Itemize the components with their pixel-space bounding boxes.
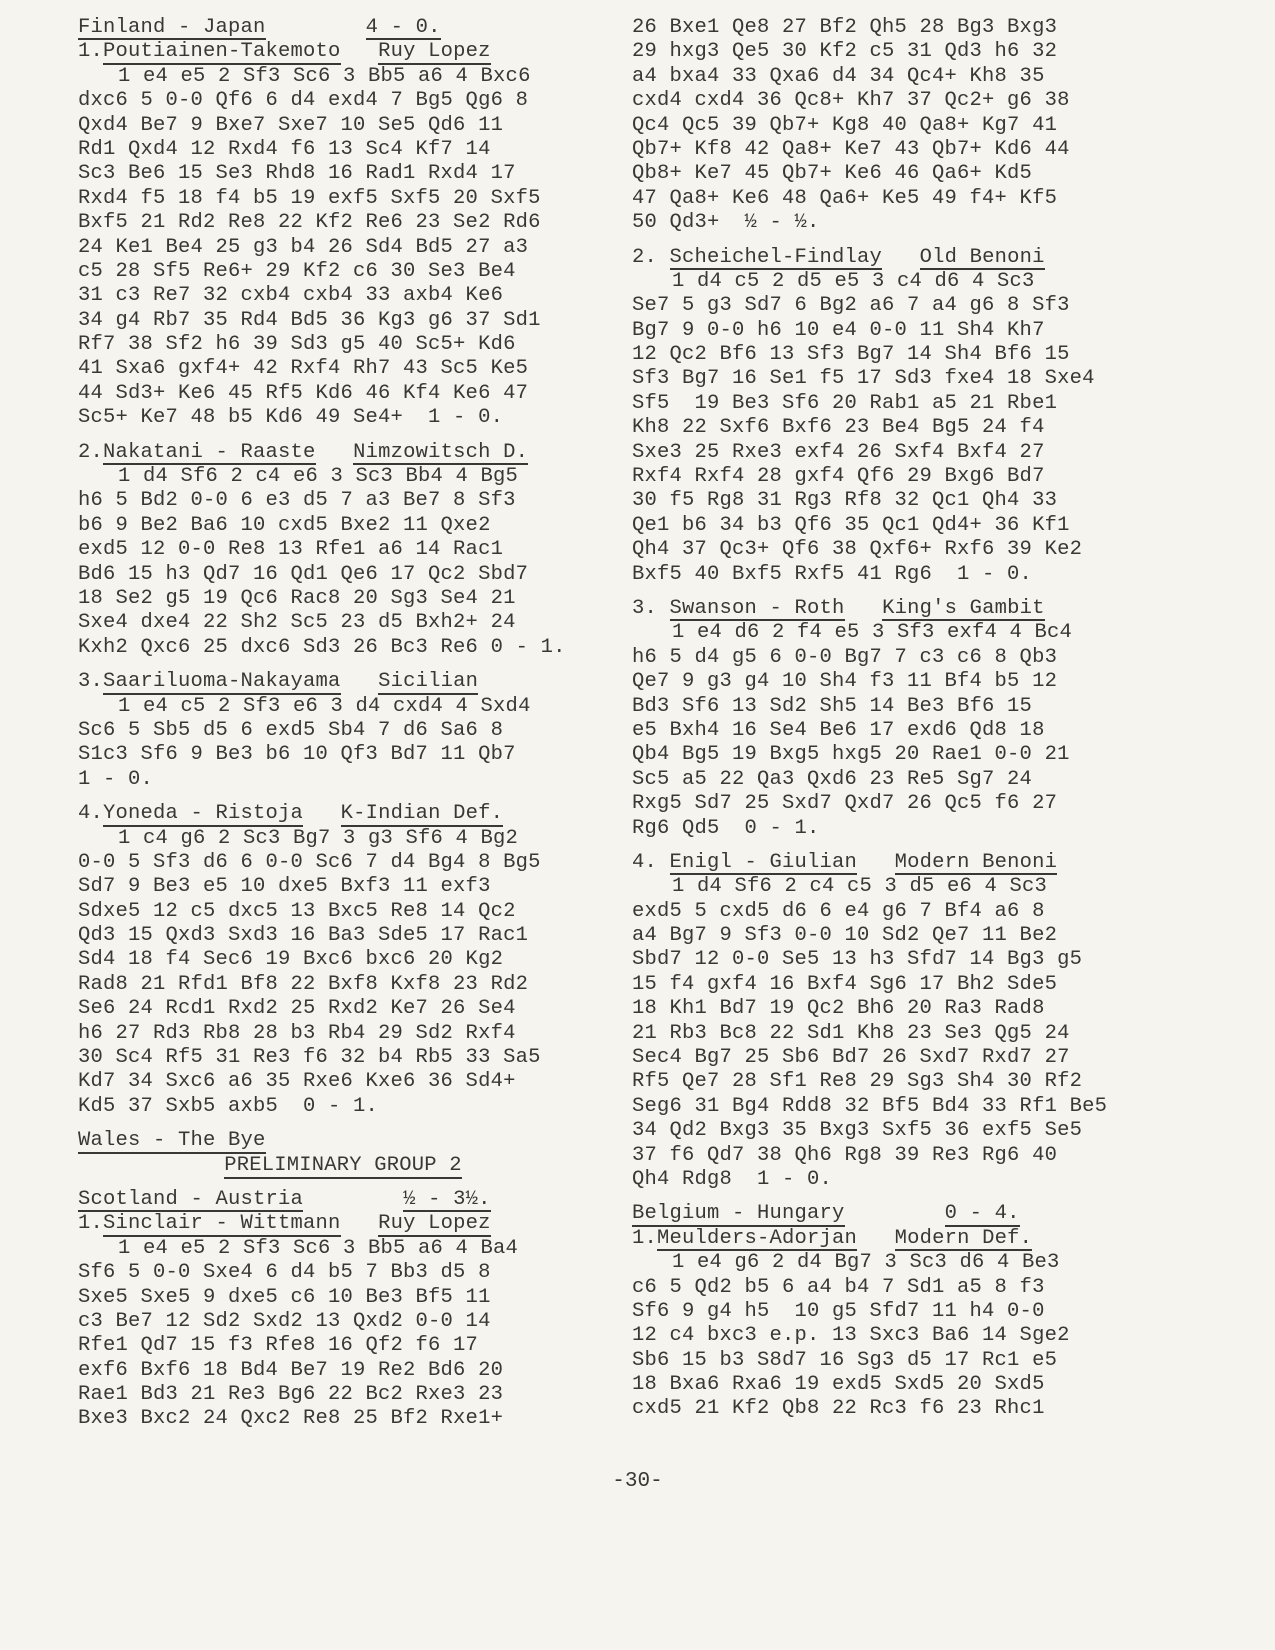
move-line: Bxf5 21 Rd2 Re8 22 Kf2 Re6 23 Se2 Rd6 (78, 211, 608, 235)
game-players: Saariluoma-Nakayama (103, 670, 341, 694)
move-line: 1 d4 Sf6 2 c4 e6 3 Sc3 Bb4 4 Bg5 (78, 465, 608, 489)
move-line: 1 d4 c5 2 d5 e5 3 c4 d6 4 Sc3 (632, 270, 1162, 294)
move-line: Qb7+ Kf8 42 Qa8+ Ke7 43 Qb7+ Kd6 44 (632, 138, 1162, 162)
page-number: -30- (0, 1470, 1275, 1493)
move-line: Rxd4 f5 18 f4 b5 19 exf5 Sxf5 20 Sxf5 (78, 187, 608, 211)
move-line: 1 c4 g6 2 Sc3 Bg7 3 g3 Sf6 4 Bg2 (78, 827, 608, 851)
move-line: c3 Be7 12 Sd2 Sxd2 13 Qxd2 0-0 14 (78, 1310, 608, 1334)
spacer (78, 660, 608, 670)
move-line: Seg6 31 Bg4 Rdd8 32 Bf5 Bd4 33 Rf1 Be5 (632, 1095, 1162, 1119)
game-number: 4. (78, 802, 103, 826)
move-line: S1c3 Sf6 9 Be3 b6 10 Qf3 Bd7 11 Qb7 (78, 743, 608, 767)
spacer (857, 851, 895, 875)
match-title: Belgium - Hungary (632, 1202, 845, 1226)
game-opening: K-Indian Def. (341, 802, 504, 826)
move-line: 1 e4 e5 2 Sf3 Sc6 3 Bb5 a6 4 Ba4 (78, 1237, 608, 1261)
move-line: Bxe3 Bxc2 24 Qxc2 Re8 25 Bf2 Rxe1+ (78, 1407, 608, 1431)
section-heading: PRELIMINARY GROUP 2 (78, 1154, 608, 1178)
move-line: Sf3 Bg7 16 Se1 f5 17 Sd3 fxe4 18 Sxe4 (632, 367, 1162, 391)
move-line: Rxf4 Rxf4 28 gxf4 Qf6 29 Bxg6 Bd7 (632, 465, 1162, 489)
move-line: Sc5 a5 22 Qa3 Qxd6 23 Re5 Sg7 24 (632, 768, 1162, 792)
game-opening: Sicilian (378, 670, 478, 694)
match-heading: Belgium - Hungary 0 - 4. (632, 1202, 1162, 1226)
move-line: Bd3 Sf6 13 Sd2 Sh5 14 Be3 Bf6 15 (632, 695, 1162, 719)
move-line: Sxe5 Sxe5 9 dxe5 c6 10 Be3 Bf5 11 (78, 1286, 608, 1310)
move-line: Sc5+ Ke7 48 b5 Kd6 49 Se4+ 1 - 0. (78, 406, 608, 430)
game-players: Sinclair - Wittmann (103, 1212, 341, 1236)
spacer (845, 1202, 945, 1226)
spacer (632, 1192, 1162, 1202)
game-heading: 4.Yoneda - Ristoja K-Indian Def. (78, 802, 608, 826)
spacer (78, 431, 608, 441)
move-line: Rf7 38 Sf2 h6 39 Sd3 g5 40 Sc5+ Kd6 (78, 333, 608, 357)
spacer (845, 597, 883, 621)
game-players: Swanson - Roth (670, 597, 845, 621)
game-opening: Modern Benoni (895, 851, 1058, 875)
spacer (341, 1212, 379, 1236)
game-players: Scheichel-Findlay (670, 246, 883, 270)
move-line: Rfe1 Qd7 15 f3 Rfe8 16 Qf2 f6 17 (78, 1334, 608, 1358)
move-line: 26 Bxe1 Qe8 27 Bf2 Qh5 28 Bg3 Bxg3 (632, 16, 1162, 40)
move-line: Qe1 b6 34 b3 Qf6 35 Qc1 Qd4+ 36 Kf1 (632, 514, 1162, 538)
move-line: Qh4 Rdg8 1 - 0. (632, 1168, 1162, 1192)
left-column: Finland - Japan 4 - 0.1.Poutiainen-Takem… (78, 16, 608, 1432)
move-line: Sc6 5 Sb5 d5 6 exd5 Sb4 7 d6 Sa6 8 (78, 719, 608, 743)
move-line: 12 Qc2 Bf6 13 Sf3 Bg7 14 Sh4 Bf6 15 (632, 343, 1162, 367)
move-line: exd5 5 cxd5 d6 6 e4 g6 7 Bf4 a6 8 (632, 900, 1162, 924)
game-players: Nakatani - Raaste (103, 441, 316, 465)
spacer (857, 1227, 895, 1251)
move-line: Bd6 15 h3 Qd7 16 Qd1 Qe6 17 Qc2 Sbd7 (78, 563, 608, 587)
match-title: Scotland - Austria (78, 1188, 303, 1212)
move-line: 37 f6 Qd7 38 Qh6 Rg8 39 Re3 Rg6 40 (632, 1144, 1162, 1168)
game-heading: 3.Saariluoma-Nakayama Sicilian (78, 670, 608, 694)
move-line: dxc6 5 0-0 Qf6 6 d4 exd4 7 Bg5 Qg6 8 (78, 89, 608, 113)
move-line: Qb4 Bg5 19 Bxg5 hxg5 20 Rae1 0-0 21 (632, 743, 1162, 767)
game-players: Enigl - Giulian (670, 851, 858, 875)
spacer (303, 1188, 403, 1212)
move-line: Qb8+ Ke7 45 Qb7+ Ke6 46 Qa6+ Kd5 (632, 162, 1162, 186)
move-line: exf6 Bxf6 18 Bd4 Be7 19 Re2 Bd6 20 (78, 1359, 608, 1383)
game-heading: 1.Meulders-Adorjan Modern Def. (632, 1227, 1162, 1251)
move-line: a4 bxa4 33 Qxa6 d4 34 Qc4+ Kh8 35 (632, 65, 1162, 89)
match-score: ½ - 3½. (403, 1188, 491, 1212)
game-number: 1. (632, 1227, 657, 1251)
move-line: Qc4 Qc5 39 Qb7+ Kg8 40 Qa8+ Kg7 41 (632, 114, 1162, 138)
match-title: Finland - Japan (78, 16, 266, 40)
game-heading: 2. Scheichel-Findlay Old Benoni (632, 246, 1162, 270)
move-line: Qxd4 Be7 9 Bxe7 Sxe7 10 Se5 Qd6 11 (78, 114, 608, 138)
move-line: Sbd7 12 0-0 Se5 13 h3 Sfd7 14 Bg3 g5 (632, 948, 1162, 972)
game-number: 3. (78, 670, 103, 694)
section-title: PRELIMINARY GROUP 2 (224, 1154, 462, 1179)
move-line: Kd7 34 Sxc6 a6 35 Rxe6 Kxe6 36 Sd4+ (78, 1070, 608, 1094)
game-heading: 1.Poutiainen-Takemoto Ruy Lopez (78, 40, 608, 64)
spacer (632, 841, 1162, 851)
move-line: cxd4 cxd4 36 Qc8+ Kh7 37 Qc2+ g6 38 (632, 89, 1162, 113)
game-opening: Nimzowitsch D. (353, 441, 528, 465)
match-heading: Scotland - Austria ½ - 3½. (78, 1188, 608, 1212)
move-line: 30 f5 Rg8 31 Rg3 Rf8 32 Qc1 Qh4 33 (632, 489, 1162, 513)
move-line: 21 Rb3 Bc8 22 Sd1 Kh8 23 Se3 Qg5 24 (632, 1022, 1162, 1046)
move-line: 1 e4 e5 2 Sf3 Sc6 3 Bb5 a6 4 Bxc6 (78, 65, 608, 89)
move-line: 24 Ke1 Be4 25 g3 b4 26 Sd4 Bd5 27 a3 (78, 236, 608, 260)
right-column: 26 Bxe1 Qe8 27 Bf2 Qh5 28 Bg3 Bxg329 hxg… (632, 16, 1162, 1422)
move-line: Qh4 37 Qc3+ Qf6 38 Qxf6+ Rxf6 39 Ke2 (632, 538, 1162, 562)
move-line: 44 Sd3+ Ke6 45 Rf5 Kd6 46 Kf4 Ke6 47 (78, 382, 608, 406)
match-score: 0 - 4. (945, 1202, 1020, 1226)
move-line: Qe7 9 g3 g4 10 Sh4 f3 11 Bf4 b5 12 (632, 670, 1162, 694)
spacer (266, 16, 366, 40)
move-line: Rxg5 Sd7 25 Sxd7 Qxd7 26 Qc5 f6 27 (632, 792, 1162, 816)
move-line: Kd5 37 Sxb5 axb5 0 - 1. (78, 1095, 608, 1119)
move-line: Rad8 21 Rfd1 Bf8 22 Bxf8 Kxf8 23 Rd2 (78, 973, 608, 997)
game-heading: 1.Sinclair - Wittmann Ruy Lopez (78, 1212, 608, 1236)
game-heading: 2.Nakatani - Raaste Nimzowitsch D. (78, 441, 608, 465)
move-line: Kxh2 Qxc6 25 dxc6 Sd3 26 Bc3 Re6 0 - 1. (78, 636, 608, 660)
game-number: 2. (632, 246, 670, 270)
move-line: 0-0 5 Sf3 d6 6 0-0 Sc6 7 d4 Bg4 8 Bg5 (78, 851, 608, 875)
move-line: 1 e4 g6 2 d4 Bg7 3 Sc3 d6 4 Be3 (632, 1251, 1162, 1275)
spacer (632, 587, 1162, 597)
move-line: h6 27 Rd3 Rb8 28 b3 Rb4 29 Sd2 Rxf4 (78, 1022, 608, 1046)
spacer (341, 670, 379, 694)
game-number: 2. (78, 441, 103, 465)
move-line: Sf6 9 g4 h5 10 g5 Sfd7 11 h4 0-0 (632, 1300, 1162, 1324)
game-opening: Modern Def. (895, 1227, 1033, 1251)
game-heading: 4. Enigl - Giulian Modern Benoni (632, 851, 1162, 875)
move-line: Sb6 15 b3 S8d7 16 Sg3 d5 17 Rc1 e5 (632, 1349, 1162, 1373)
spacer (303, 802, 341, 826)
game-players: Yoneda - Ristoja (103, 802, 303, 826)
game-number: 4. (632, 851, 670, 875)
move-line: Rf5 Qe7 28 Sf1 Re8 29 Sg3 Sh4 30 Rf2 (632, 1070, 1162, 1094)
move-line: a4 Bg7 9 Sf3 0-0 10 Sd2 Qe7 11 Be2 (632, 924, 1162, 948)
spacer (882, 246, 920, 270)
match-heading: Wales - The Bye (78, 1129, 608, 1153)
spacer (78, 1178, 608, 1188)
move-line: exd5 12 0-0 Re8 13 Rfe1 a6 14 Rac1 (78, 538, 608, 562)
game-opening: Ruy Lopez (378, 1212, 491, 1236)
spacer (632, 236, 1162, 246)
move-line: Kh8 22 Sxf6 Bxf6 23 Be4 Bg5 24 f4 (632, 416, 1162, 440)
move-line: Sec4 Bg7 25 Sb6 Bd7 26 Sxd7 Rxd7 27 (632, 1046, 1162, 1070)
move-line: c6 5 Qd2 b5 6 a4 b4 7 Sd1 a5 8 f3 (632, 1276, 1162, 1300)
move-line: cxd5 21 Kf2 Qb8 22 Rc3 f6 23 Rhc1 (632, 1397, 1162, 1421)
game-opening: King's Gambit (882, 597, 1045, 621)
spacer (341, 40, 379, 64)
move-line: 50 Qd3+ ½ - ½. (632, 211, 1162, 235)
move-line: b6 9 Be2 Ba6 10 cxd5 Bxe2 11 Qxe2 (78, 514, 608, 538)
game-players: Poutiainen-Takemoto (103, 40, 341, 64)
move-line: h6 5 Bd2 0-0 6 e3 d5 7 a3 Be7 8 Sf3 (78, 489, 608, 513)
move-line: Se6 24 Rcd1 Rxd2 25 Rxd2 Ke7 26 Se4 (78, 997, 608, 1021)
game-opening: Old Benoni (920, 246, 1045, 270)
move-line: Sd7 9 Be3 e5 10 dxe5 Bxf3 11 exf3 (78, 875, 608, 899)
move-line: 41 Sxa6 gxf4+ 42 Rxf4 Rh7 43 Sc5 Ke5 (78, 357, 608, 381)
move-line: Rae1 Bd3 21 Re3 Bg6 22 Bc2 Rxe3 23 (78, 1383, 608, 1407)
move-line: 1 - 0. (78, 768, 608, 792)
move-line: Bg7 9 0-0 h6 10 e4 0-0 11 Sh4 Kh7 (632, 319, 1162, 343)
move-line: 18 Bxa6 Rxa6 19 exd5 Sxd5 20 Sxd5 (632, 1373, 1162, 1397)
game-players: Meulders-Adorjan (657, 1227, 857, 1251)
move-line: Sdxe5 12 c5 dxc5 13 Bxc5 Re8 14 Qc2 (78, 900, 608, 924)
game-number: 1. (78, 1212, 103, 1236)
move-line: Sxe4 dxe4 22 Sh2 Sc5 23 d5 Bxh2+ 24 (78, 611, 608, 635)
match-title: Wales - The Bye (78, 1129, 266, 1153)
move-line: Sf6 5 0-0 Sxe4 6 d4 b5 7 Bb3 d5 8 (78, 1261, 608, 1285)
move-line: 34 g4 Rb7 35 Rd4 Bd5 36 Kg3 g6 37 Sd1 (78, 309, 608, 333)
move-line: 31 c3 Re7 32 cxb4 cxb4 33 axb4 Ke6 (78, 284, 608, 308)
move-line: e5 Bxh4 16 Se4 Be6 17 exd6 Qd8 18 (632, 719, 1162, 743)
move-line: 1 e4 d6 2 f4 e5 3 Sf3 exf4 4 Bc4 (632, 621, 1162, 645)
spacer (78, 792, 608, 802)
game-number: 3. (632, 597, 670, 621)
move-line: 1 e4 c5 2 Sf3 e6 3 d4 cxd4 4 Sxd4 (78, 695, 608, 719)
move-line: c5 28 Sf5 Re6+ 29 Kf2 c6 30 Se3 Be4 (78, 260, 608, 284)
move-line: Sxe3 25 Rxe3 exf4 26 Sxf4 Bxf4 27 (632, 441, 1162, 465)
game-heading: 3. Swanson - Roth King's Gambit (632, 597, 1162, 621)
move-line: 1 d4 Sf6 2 c4 c5 3 d5 e6 4 Sc3 (632, 875, 1162, 899)
match-score: 4 - 0. (366, 16, 441, 40)
move-line: 18 Se2 g5 19 Qc6 Rac8 20 Sg3 Se4 21 (78, 587, 608, 611)
move-line: Se7 5 g3 Sd7 6 Bg2 a6 7 a4 g6 8 Sf3 (632, 294, 1162, 318)
move-line: Sd4 18 f4 Sec6 19 Bxc6 bxc6 20 Kg2 (78, 948, 608, 972)
move-line: Rd1 Qxd4 12 Rxd4 f6 13 Sc4 Kf7 14 (78, 138, 608, 162)
move-line: h6 5 d4 g5 6 0-0 Bg7 7 c3 c6 8 Qb3 (632, 646, 1162, 670)
spacer (316, 441, 354, 465)
move-line: 47 Qa8+ Ke6 48 Qa6+ Ke5 49 f4+ Kf5 (632, 187, 1162, 211)
move-line: 29 hxg3 Qe5 30 Kf2 c5 31 Qd3 h6 32 (632, 40, 1162, 64)
game-number: 1. (78, 40, 103, 64)
move-line: 18 Kh1 Bd7 19 Qc2 Bh6 20 Ra3 Rad8 (632, 997, 1162, 1021)
move-line: Sc3 Be6 15 Se3 Rhd8 16 Rad1 Rxd4 17 (78, 162, 608, 186)
match-heading: Finland - Japan 4 - 0. (78, 16, 608, 40)
move-line: 12 c4 bxc3 e.p. 13 Sxc3 Ba6 14 Sge2 (632, 1324, 1162, 1348)
move-line: 34 Qd2 Bxg3 35 Bxg3 Sxf5 36 exf5 Se5 (632, 1119, 1162, 1143)
move-line: Sf5 19 Be3 Sf6 20 Rab1 a5 21 Rbe1 (632, 392, 1162, 416)
move-line: Qd3 15 Qxd3 Sxd3 16 Ba3 Sde5 17 Rac1 (78, 924, 608, 948)
move-line: 15 f4 gxf4 16 Bxf4 Sg6 17 Bh2 Sde5 (632, 973, 1162, 997)
spacer (78, 1119, 608, 1129)
move-line: 30 Sc4 Rf5 31 Re3 f6 32 b4 Rb5 33 Sa5 (78, 1046, 608, 1070)
move-line: Bxf5 40 Bxf5 Rxf5 41 Rg6 1 - 0. (632, 563, 1162, 587)
game-opening: Ruy Lopez (378, 40, 491, 64)
move-line: Rg6 Qd5 0 - 1. (632, 817, 1162, 841)
